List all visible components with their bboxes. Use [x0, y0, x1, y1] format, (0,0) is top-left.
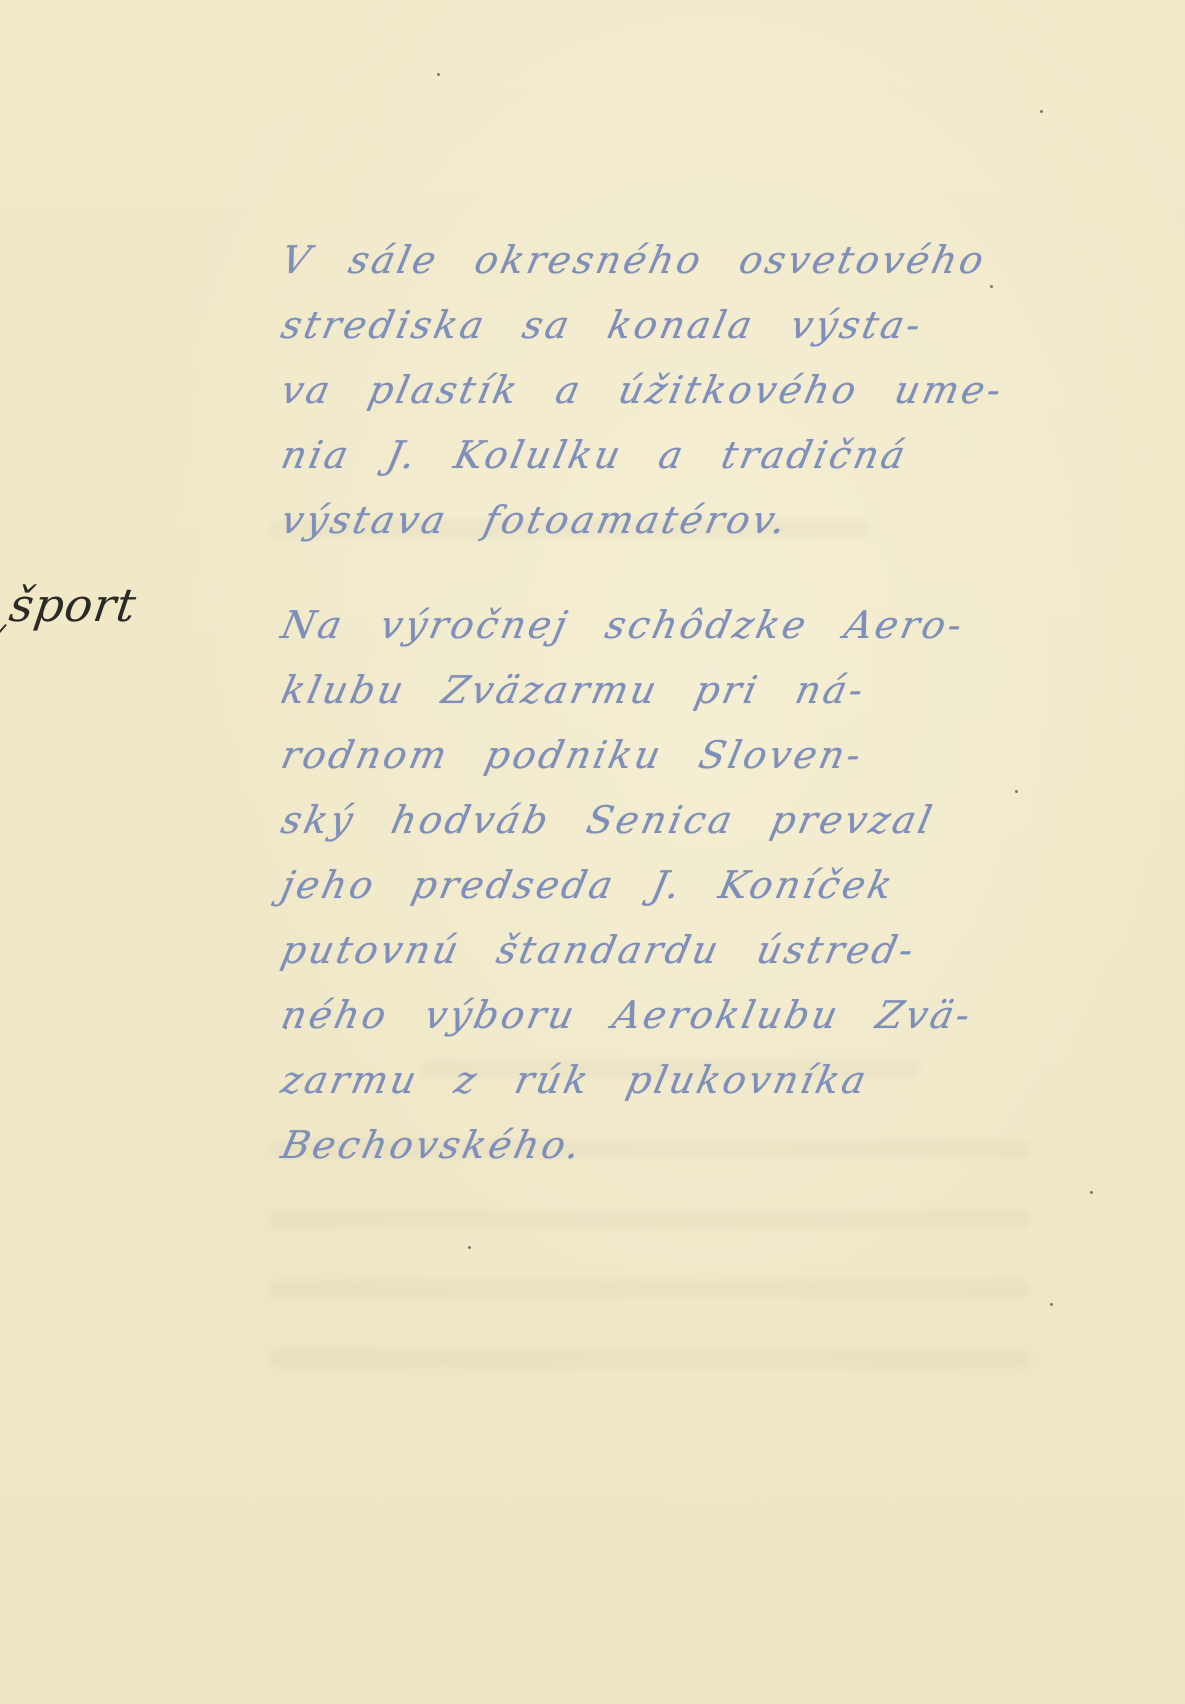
handwritten-line: putovnú štandardu ústred-: [275, 918, 1029, 983]
margin-heading-text: šport: [6, 578, 140, 632]
bleed-through-mark: [270, 1350, 1030, 1368]
handwritten-line: klubu Zväzarmu pri ná-: [275, 658, 1029, 723]
handwritten-line: va plastík a úžitkového ume-: [275, 358, 1029, 423]
handwritten-line: zarmu z rúk plukovníka: [275, 1048, 1029, 1113]
paper-speck: [437, 73, 440, 76]
scanned-page: šport V sále okresného osvetového stredi…: [0, 0, 1185, 1704]
paper-speck: [1040, 110, 1043, 113]
bleed-through-mark: [270, 1280, 1030, 1298]
handwritten-line: výstava fotoamatérov.: [275, 488, 1029, 553]
handwritten-line: Na výročnej schôdzke Aero-: [275, 593, 1029, 658]
paper-speck: [1050, 1303, 1053, 1306]
margin-heading-sport: šport: [6, 578, 140, 632]
handwritten-line: nia J. Kolulku a tradičná: [275, 423, 1029, 488]
paper-speck: [468, 1246, 471, 1249]
paragraph-sport: Na výročnej schôdzke Aero- klubu Zväzarm…: [282, 593, 1022, 1178]
handwritten-line: strediska sa konala výsta-: [275, 293, 1029, 358]
handwritten-line: Bechovského.: [275, 1113, 1029, 1178]
handwritten-line: ného výboru Aeroklubu Zvä-: [275, 983, 1029, 1048]
handwritten-line: V sále okresného osvetového: [275, 228, 1029, 293]
paper-speck: [1090, 1191, 1093, 1194]
paragraph-exhibitions: V sále okresného osvetového strediska sa…: [282, 228, 1022, 553]
handwritten-line: ský hodváb Senica prevzal: [275, 788, 1029, 853]
handwritten-line: rodnom podniku Sloven-: [275, 723, 1029, 788]
handwritten-line: jeho predseda J. Koníček: [275, 853, 1029, 918]
bleed-through-mark: [270, 1210, 1030, 1228]
